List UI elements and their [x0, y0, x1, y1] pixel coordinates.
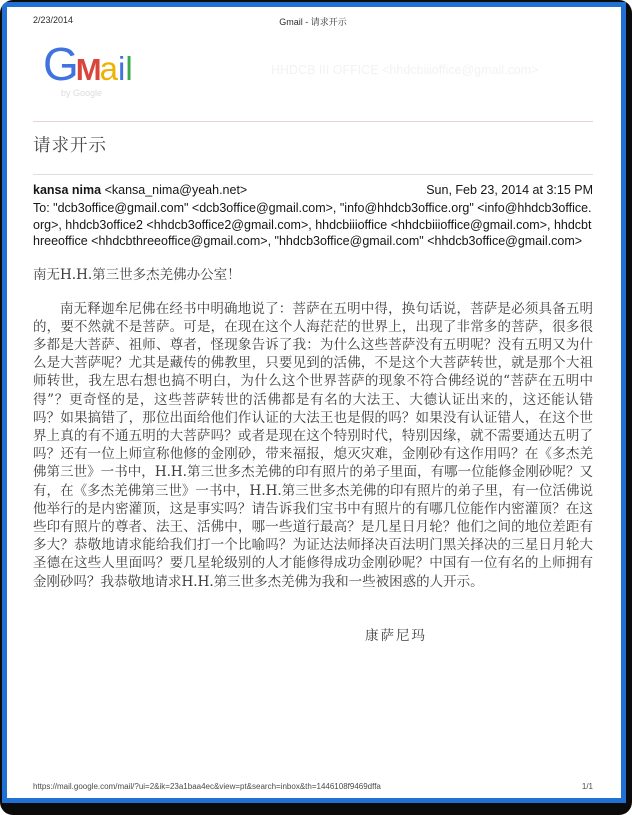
gmail-logo: GMail by Google	[43, 41, 133, 98]
gmail-logo-letter-a: a	[100, 52, 118, 85]
sender-name: kansa nima	[33, 183, 101, 197]
printed-page: 2/23/2014 Gmail - 请求开示 GMail by Google H…	[2, 2, 626, 803]
scan-frame: 2/23/2014 Gmail - 请求开示 GMail by Google H…	[0, 0, 632, 815]
print-url: https://mail.google.com/mail/?ui=2&ik=23…	[33, 782, 381, 791]
logo-divider	[33, 121, 593, 122]
page-content: 2/23/2014 Gmail - 请求开示 GMail by Google H…	[7, 7, 621, 798]
recipients-list: To: "dcb3office@gmail.com" <dcb3office@g…	[33, 200, 593, 250]
message-date: Sun, Feb 23, 2014 at 3:15 PM	[426, 182, 593, 199]
print-page-title: Gmail - 请求开示	[33, 15, 593, 28]
salutation-line: 南无H.H.第三世多杰羌佛办公室！	[33, 267, 593, 284]
gmail-masthead: GMail by Google HHDCB III OFFICE <hhdcbi…	[33, 41, 593, 119]
browser-print-header: 2/23/2014 Gmail - 请求开示	[33, 15, 593, 29]
gmail-logo-letter-i: i	[118, 52, 125, 85]
browser-print-footer: https://mail.google.com/mail/?ui=2&ik=23…	[33, 782, 593, 791]
page-number: 1/1	[582, 782, 593, 791]
message-header: kansa nima <kansa_nima@yeah.net> Sun, Fe…	[33, 182, 593, 250]
gmail-logo-letter-g: G	[43, 41, 79, 87]
gmail-logo-letter-l: l	[125, 52, 132, 85]
sender-email: <kansa_nima@yeah.net>	[105, 183, 248, 197]
sender: kansa nima <kansa_nima@yeah.net>	[33, 182, 247, 199]
account-owner-faint-text: HHDCB III OFFICE <hhdcbiiioffice@gmail.c…	[271, 63, 538, 77]
message-body: 南无H.H.第三世多杰羌佛办公室！ 南无释迦牟尼佛在经书中明确地说了：菩萨在五明…	[33, 267, 593, 644]
from-row: kansa nima <kansa_nima@yeah.net> Sun, Fe…	[33, 182, 593, 199]
gmail-byline: by Google	[61, 89, 133, 98]
body-paragraph: 南无释迦牟尼佛在经书中明确地说了：菩萨在五明中得，换句话说，菩萨是必须具备五明的…	[33, 300, 593, 591]
gmail-logo-envelope-m-icon: M	[76, 54, 101, 85]
email-subject-title: 请求开示	[33, 132, 593, 157]
signature-name: 康萨尼玛	[365, 624, 593, 644]
message-divider	[33, 174, 593, 175]
